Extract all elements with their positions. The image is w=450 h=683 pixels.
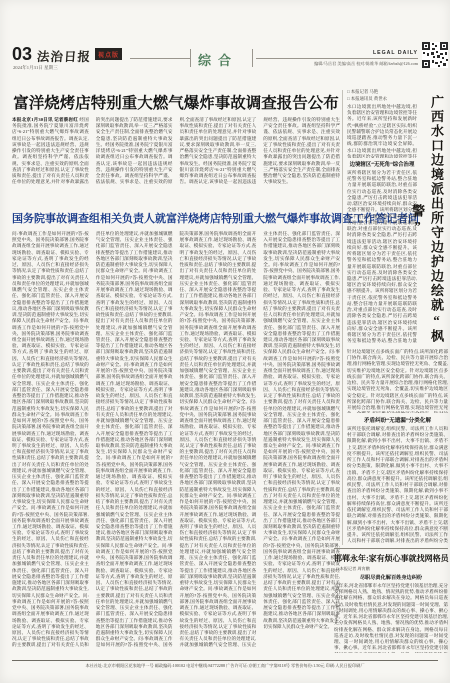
border-article-vertical-headline: 广西水口边境派出所守边护边绘就“枫警”	[420, 90, 446, 348]
masthead-logo: 法治日报	[36, 47, 91, 65]
footer-line: 本社社址:北京市朝阳区花家地甲一号 邮政编码:100102 电话中继线:8477…	[12, 663, 438, 669]
page-number: 03	[12, 45, 32, 63]
border-body-a1: 水口边境派出所地处中越边境,担负着辖区治安管理和边境管控等任务。近年来,该所坚持…	[347, 104, 417, 158]
grid-article-body: 近年来,河北省邯郸市永年区坚持党建引领基层治理,充分发挥网格员人熟、地熟、情况熟…	[334, 583, 448, 653]
masthead-badge: 视点版	[95, 48, 122, 60]
main-body-text: 经国务院批准,国务院宁夏银川富洋烧烤店“6·21”特别重大燃气爆炸事故调查组近日…	[12, 117, 340, 184]
masthead-block: 03 法治日报 视点版	[12, 45, 122, 65]
grid-article-subhead: 尽职尽责化解百姓身边纠纷	[334, 574, 448, 581]
qa-body-text: 问:事故调查工作是如何开展的?答:按照党中央、国务院决策部署,国务院事故调查组全…	[12, 231, 340, 647]
date-line: 2024年1月31日 星期三	[13, 65, 58, 71]
border-body-a2: 该所将辖区划分为若干责任区,依托警务室和抵边警务站,整合驻地力量开展联巡联防联治…	[347, 170, 417, 345]
header-tick-left	[190, 49, 191, 67]
main-lead-dateline: 本报北京1月30日讯	[12, 117, 53, 122]
grid-article-byline: □ 本报记者 周宵鹏	[336, 566, 370, 572]
border-body-b2: 该所还依托调解室,组织民警、司法所工作人员和村干部联合调解,对排查出的矛盾纠纷分…	[347, 426, 448, 543]
border-body-b1: 针对边境辖区点多线长面广的特点,该所深化跨部门协作,联合海关、边检、民兵等力量开…	[347, 349, 448, 413]
border-subhead-2: 矛盾纠纷“无遗漏”分类化解	[347, 416, 448, 424]
border-subhead-1: 边境辖区“无死角”综合治理	[347, 160, 417, 168]
qr-code-icon	[422, 42, 448, 68]
grid-article-top-rule	[334, 548, 448, 549]
qa-headline: 国务院事故调查组相关负责人就富洋烧烤店特别重大燃气爆炸事故调查工作答记者问	[12, 210, 340, 226]
byline-correspondent: □ 本报通讯员 黄世永	[347, 96, 417, 103]
column-divider	[342, 90, 343, 545]
header-rule-right	[256, 58, 418, 59]
english-title: LEGAL DAILY	[258, 50, 418, 56]
footer-rule	[12, 660, 438, 661]
grid-article-headline: 邯郸永年:家有烦心事就找网格员	[334, 553, 448, 564]
main-lead-reporter: 记者蔡岩红	[53, 117, 80, 122]
newspaper-page: 03 法治日报 视点版 2024年1月31日 星期三 综合 LEGAL DAIL…	[0, 0, 450, 683]
staff-line: 编辑/马岳君 美编/高岳 校对/陈维华 邮箱/fzrbzh@126.com	[218, 61, 418, 67]
main-article-body: 本报北京1月30日讯 记者蔡岩红 经国务院批准,国务院宁夏银川富洋烧烤店“6·2…	[12, 117, 340, 205]
header-rule-left	[130, 58, 190, 59]
main-headline: 富洋烧烤店特别重大燃气爆炸事故调查报告公布	[12, 91, 340, 113]
qa-article-body: 问:事故调查工作是如何开展的?答:按照党中央、国务院决策部署,国务院事故调查组全…	[12, 231, 340, 653]
border-article-bylines: □ 本报记者 马艳 □ 本报通讯员 黄世永	[347, 89, 417, 102]
byline-reporter: □ 本报记者 马艳	[347, 89, 417, 96]
